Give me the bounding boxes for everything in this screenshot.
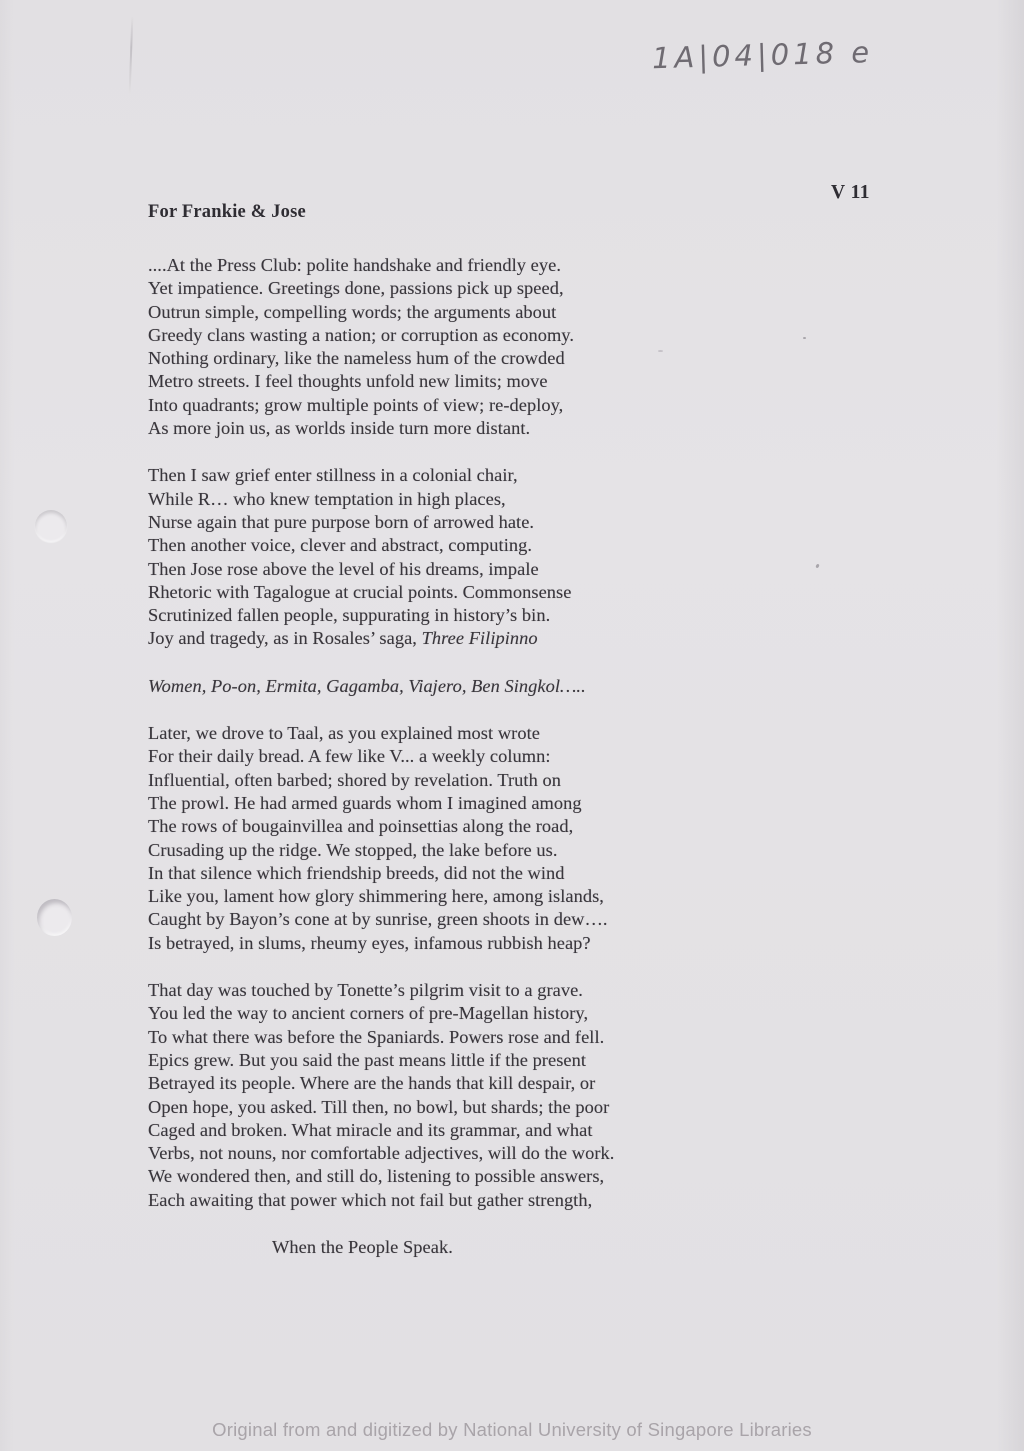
poem-line: Caught by Bayon’s cone at by sunrise, gr… <box>148 908 768 931</box>
poem-line: As more join us, as worlds inside turn m… <box>148 417 768 440</box>
hole-punch-bottom <box>37 899 72 936</box>
poem-line: Epics grew. But you said the past means … <box>148 1049 768 1072</box>
scan-speck <box>658 350 663 352</box>
poem-line: For their daily bread. A few like V... a… <box>148 745 768 768</box>
poem-line: Nothing ordinary, like the nameless hum … <box>148 347 768 370</box>
scanned-poem-page: 1A|04|018 e V 11 For Frankie & Jose ....… <box>0 0 1024 1451</box>
poem-line: Into quadrants; grow multiple points of … <box>148 394 768 417</box>
poem-line: Is betrayed, in slums, rheumy eyes, infa… <box>148 932 768 955</box>
poem-line: Nurse again that pure purpose born of ar… <box>148 511 768 534</box>
poem-line: Influential, often barbed; shored by rev… <box>148 769 768 792</box>
poem-line: To what there was before the Spaniards. … <box>148 1026 768 1049</box>
poem-line: Each awaiting that power which not fail … <box>148 1189 768 1212</box>
poem-line: Crusading up the ridge. We stopped, the … <box>148 839 768 862</box>
paper-crease <box>129 16 134 94</box>
poem-line: Metro streets. I feel thoughts unfold ne… <box>148 370 768 393</box>
poem-line: That day was touched by Tonette’s pilgri… <box>148 979 768 1002</box>
poem-line: We wondered then, and still do, listenin… <box>148 1165 768 1188</box>
poem-line: Open hope, you asked. Till then, no bowl… <box>148 1096 768 1119</box>
poem-line: Betrayed its people. Where are the hands… <box>148 1072 768 1095</box>
poem-line: The rows of bougainvillea and poinsettia… <box>148 815 768 838</box>
poem-line: Verbs, not nouns, nor comfortable adject… <box>148 1142 768 1165</box>
poem-line: Caged and broken. What miracle and its g… <box>148 1119 768 1142</box>
poem-stanza: Later, we drove to Taal, as you explaine… <box>148 722 768 955</box>
poem-line: Like you, lament how glory shimmering he… <box>148 885 768 908</box>
poem-line: Later, we drove to Taal, as you explaine… <box>148 722 768 745</box>
poem-line: While R… who knew temptation in high pla… <box>148 488 768 511</box>
page-marker: V 11 <box>831 182 870 204</box>
poem-line: In that silence which friendship breeds,… <box>148 862 768 885</box>
poem-line: Women, Po-on, Ermita, Gagamba, Viajero, … <box>148 675 768 698</box>
digitization-credit: Original from and digitized by National … <box>0 1419 1024 1441</box>
poem-line: Outrun simple, compelling words; the arg… <box>148 301 768 324</box>
poem-line: Yet impatience. Greetings done, passions… <box>148 277 768 300</box>
poem-line: Then I saw grief enter stillness in a co… <box>148 464 768 487</box>
handwritten-archive-reference: 1A|04|018 e <box>652 35 883 75</box>
poem-line: Scrutinized fallen people, suppurating i… <box>148 604 768 627</box>
poem-line: Then another voice, clever and abstract,… <box>148 534 768 557</box>
poem-line: When the People Speak. <box>272 1236 768 1259</box>
poem-stanza: ....At the Press Club: polite handshake … <box>148 254 768 440</box>
poem-stanza: That day was touched by Tonette’s pilgri… <box>148 979 768 1212</box>
scan-speck <box>815 564 819 569</box>
poem-line: ....At the Press Club: polite handshake … <box>148 254 768 277</box>
poem-body: ....At the Press Club: polite handshake … <box>148 254 768 1283</box>
poem-line: The prowl. He had armed guards whom I im… <box>148 792 768 815</box>
poem-title: For Frankie & Jose <box>148 202 306 223</box>
poem-stanza: When the People Speak. <box>148 1236 768 1259</box>
scan-speck <box>803 337 806 339</box>
poem-line: You led the way to ancient corners of pr… <box>148 1002 768 1025</box>
poem-line: Rhetoric with Tagalogue at crucial point… <box>148 581 768 604</box>
hole-punch-top <box>35 510 67 542</box>
poem-line: Joy and tragedy, as in Rosales’ saga, Th… <box>148 627 768 650</box>
poem-line: Greedy clans wasting a nation; or corrup… <box>148 324 768 347</box>
poem-stanza: Women, Po-on, Ermita, Gagamba, Viajero, … <box>148 675 768 698</box>
poem-stanza: Then I saw grief enter stillness in a co… <box>148 464 768 650</box>
poem-line: Then Jose rose above the level of his dr… <box>148 558 768 581</box>
